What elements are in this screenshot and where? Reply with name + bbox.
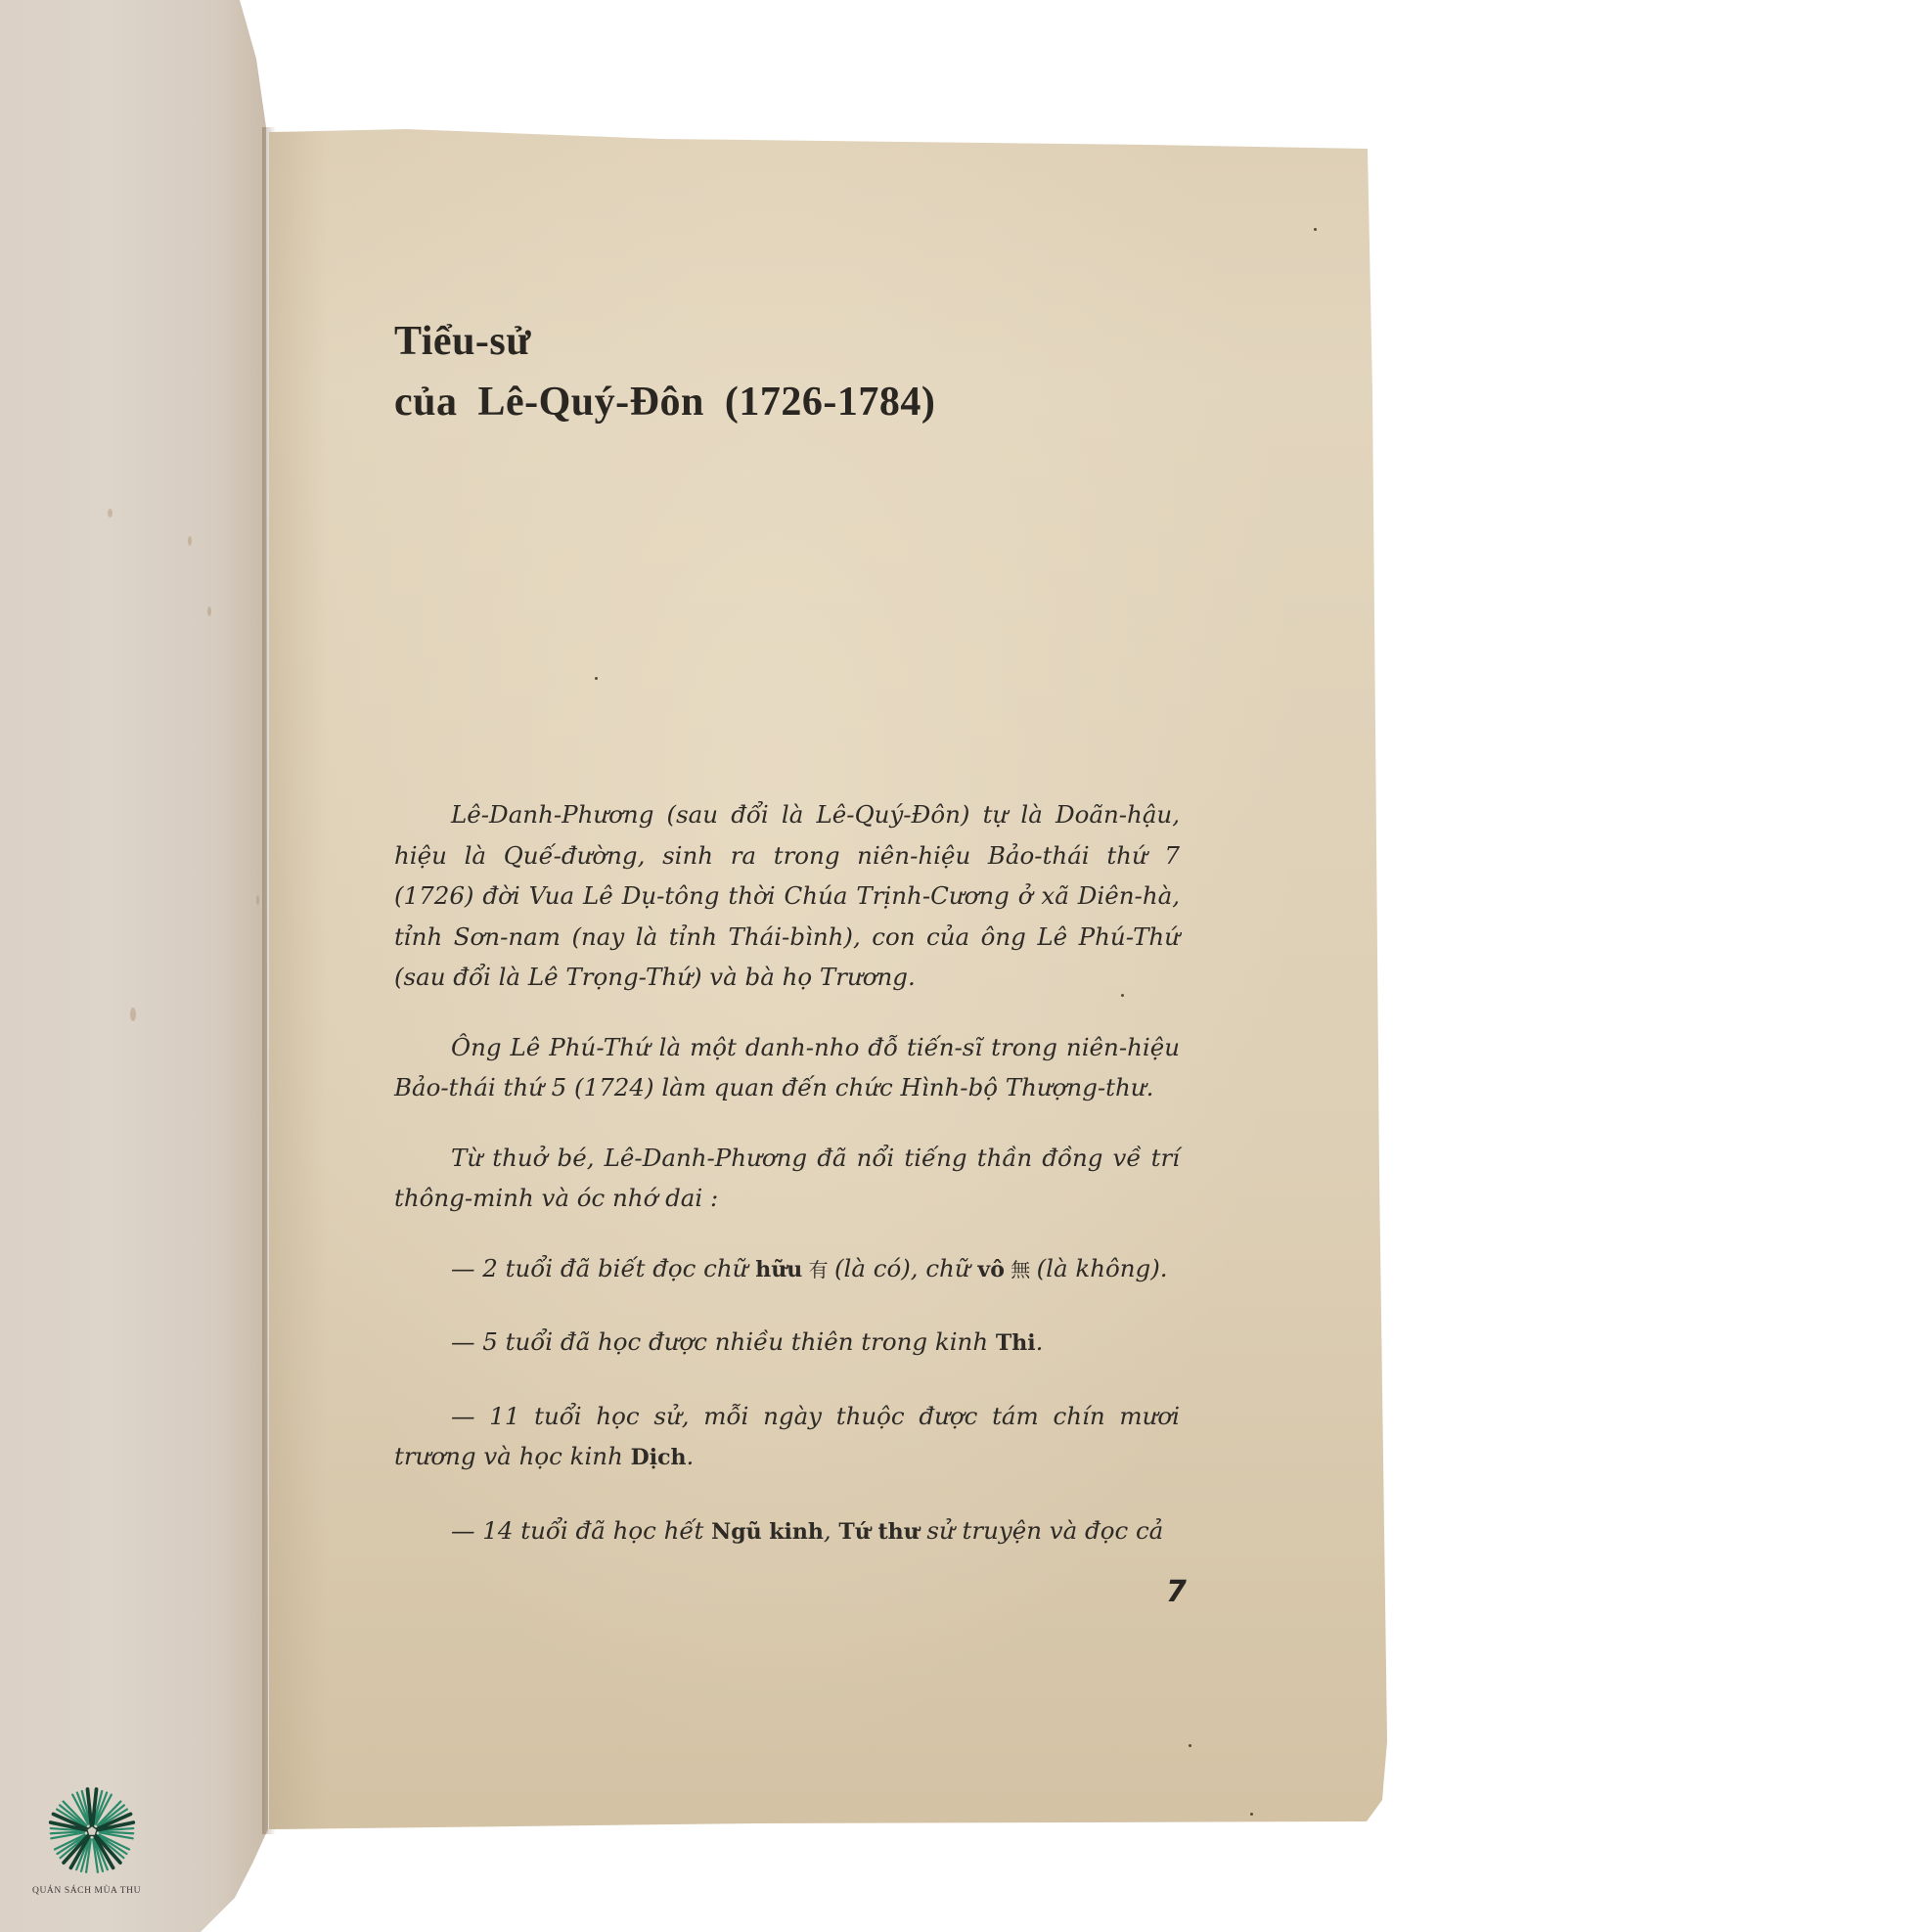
title-line-2: của Lê-Quý-Đôn (1726-1784): [394, 372, 935, 432]
page-gutter-shade: [269, 132, 328, 1829]
cover-leaf: ÔN-LÂ: [0, 0, 269, 1932]
han-character: 無: [1005, 1258, 1037, 1281]
text-run: — 2 tuổi đã biết đọc chữ: [451, 1254, 755, 1282]
bold-term: hữu: [755, 1257, 802, 1282]
body-text: Lê-Danh-Phương (sau đổi là Lê-Quý-Đôn) t…: [394, 794, 1180, 1584]
list-item: — 2 tuổi đã biết đọc chữ hữu 有 (là có), …: [394, 1248, 1180, 1291]
text-run: sử truyện và đọc cả: [920, 1516, 1164, 1545]
bold-term: Tứ thư: [838, 1519, 919, 1545]
paragraph: Ông Lê Phú-Thứ là một danh-nho đỗ tiến-s…: [394, 1027, 1180, 1108]
text-run: ,: [824, 1516, 839, 1545]
list-item: — 11 tuổi học sử, mỗi ngày thuộc được tá…: [394, 1396, 1180, 1479]
stain: [130, 1008, 136, 1021]
text-run: Lê-Danh-Phương (sau đổi là Lê-Quý-Đôn) t…: [394, 800, 1180, 991]
text-run: Từ thuở bé, Lê-Danh-Phương đã nổi tiếng …: [394, 1144, 1180, 1213]
han-character: 有: [802, 1258, 834, 1281]
text-run: .: [1036, 1327, 1044, 1356]
text-run: — 11 tuổi học sử, mỗi ngày thuộc được tá…: [394, 1402, 1180, 1471]
starburst-logo-icon: [47, 1786, 137, 1876]
list-item: — 14 tuổi đã học hết Ngũ kinh, Tứ thư sử…: [394, 1510, 1180, 1553]
speck: [1250, 1813, 1253, 1816]
bold-term: vô: [977, 1257, 1004, 1282]
stain: [188, 536, 192, 546]
stain: [207, 607, 211, 616]
stain: [256, 895, 259, 905]
paragraph: Lê-Danh-Phương (sau đổi là Lê-Quý-Đôn) t…: [394, 794, 1180, 998]
stain: [108, 509, 112, 517]
text-run: (là không).: [1037, 1254, 1168, 1282]
title-line-1: Tiểu-sử: [394, 311, 935, 372]
speck: [1121, 994, 1124, 997]
speck: [1189, 1744, 1191, 1747]
text-run: — 14 tuổi đã học hết: [451, 1516, 711, 1545]
watermark-text: QUÁN SÁCH MÙA THU: [32, 1886, 141, 1896]
text-run: — 5 tuổi đã học được nhiều thiên trong k…: [451, 1327, 996, 1356]
speck: [595, 677, 598, 680]
bold-term: Thi: [996, 1330, 1036, 1356]
text-run: .: [686, 1442, 694, 1470]
list-item: — 5 tuổi đã học được nhiều thiên trong k…: [394, 1322, 1180, 1365]
text-run: Ông Lê Phú-Thứ là một danh-nho đỗ tiến-s…: [394, 1033, 1180, 1102]
text-run: (là có), chữ: [834, 1254, 977, 1282]
bold-term: Dịch: [631, 1445, 687, 1470]
speck: [1314, 228, 1317, 231]
page-number: 7: [1166, 1575, 1187, 1609]
chapter-title: Tiểu-sử của Lê-Quý-Đôn (1726-1784): [394, 311, 935, 432]
bold-term: Ngũ kinh: [711, 1519, 824, 1545]
paragraph: Từ thuở bé, Lê-Danh-Phương đã nổi tiếng …: [394, 1138, 1180, 1219]
